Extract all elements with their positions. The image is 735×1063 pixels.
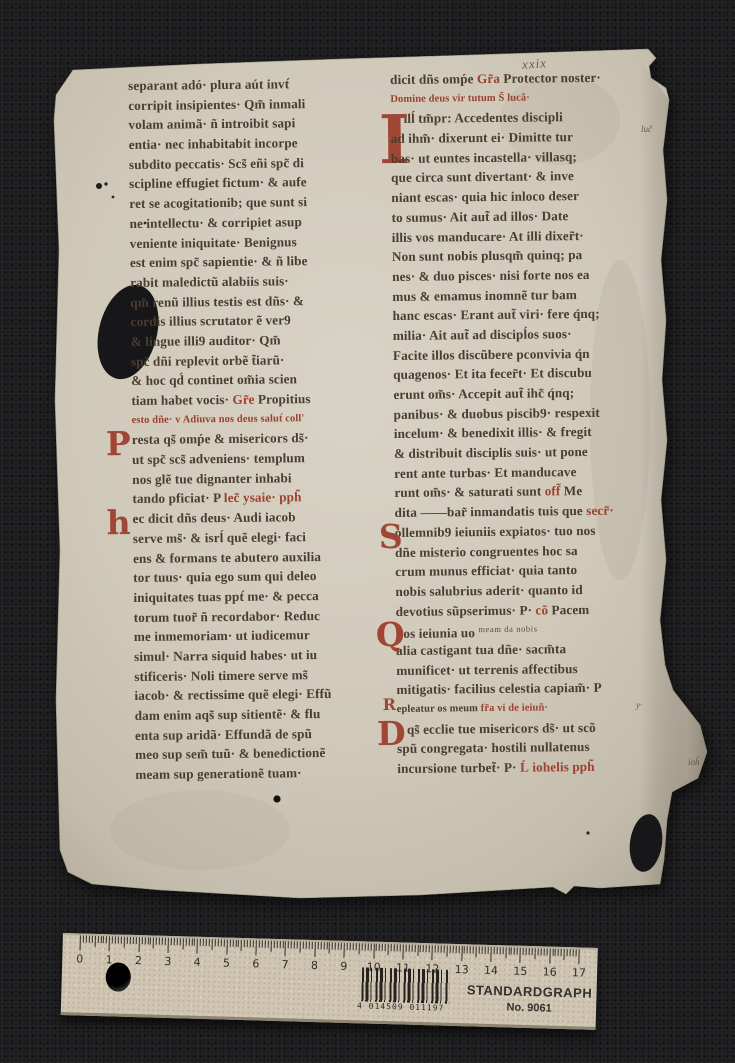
rubricated-initial: P: [106, 427, 131, 460]
ruler-tick: [411, 945, 412, 952]
ruler-tick: [517, 948, 518, 955]
text-segment: enta sup aridã· Effundã de spũ: [135, 726, 312, 743]
text-column-right: dicit dñs omṕe Gr̃a Protector noster·Dom…: [390, 68, 617, 779]
manuscript-line: erunt om̃s· Accepit aut̃ ihc̃ q́nq;: [393, 383, 612, 405]
text-segment: alia castigant tua dñe· sacm̃ta: [396, 641, 566, 658]
text-segment: resta qs̃ omṕe & misericors ds̃·: [132, 431, 309, 448]
ruler-tick: [317, 942, 318, 949]
ruler-tick: [253, 940, 254, 947]
manuscript-line: incelum· & benedixit illis· & fregit: [394, 422, 613, 444]
ruler-tick: [558, 949, 559, 956]
ruler-tick: [267, 941, 268, 948]
ruler-tick: [356, 943, 357, 950]
ruler-tick: [191, 939, 192, 946]
text-segment: Facite illos discũbere pconvivia q́n: [393, 346, 590, 363]
text-segment: spũ congregata· hostili nullatenus: [397, 739, 590, 756]
text-segment: N ilĺ tm̃pr: Accedentes discipli: [390, 110, 562, 127]
ruler-tick: [156, 938, 157, 945]
text-segment: to sumus· Ait aut̃ ad illos· Date: [391, 208, 568, 225]
text-segment: nes· & duo pisces· nisi forte nos ea: [392, 267, 590, 284]
ruler-tick: [147, 937, 148, 944]
ruler-tick: [511, 948, 512, 955]
ruler-tick: [564, 949, 565, 960]
text-segment: cordis illius scrutator ẽ ver9: [130, 313, 290, 330]
text-segment: & hoc qd́ continet om̃ia scien: [131, 372, 297, 389]
ruler-tick: [270, 941, 271, 952]
manuscript-line: ne intellectu· & corripiet asup: [129, 212, 326, 234]
text-segment: entia· nec inhabitabit incorpe: [129, 135, 298, 152]
ruler-tick: [306, 942, 307, 949]
ruler-tick: [514, 948, 515, 955]
manuscript-line: separant adó· plura aút invt́: [128, 74, 325, 96]
ruler-tick: [112, 936, 113, 943]
ruler-tick: [250, 940, 251, 947]
text-segment: torum tuor̃ ñ recordabor· Reduc: [134, 608, 321, 625]
text-segment: a qs̃ ecclie tue misericors ds̃· ut scõ: [397, 720, 596, 737]
text-segment: Protector noster·: [503, 70, 601, 86]
ruler-tick: [578, 949, 579, 964]
ruler-tick: [279, 941, 280, 948]
text-segment: Adiuva nos deus salut́: [183, 413, 286, 425]
ruler-number: 9: [340, 960, 347, 973]
text-segment: off̃: [545, 484, 564, 499]
ruler-tick: [344, 943, 345, 958]
ruler-tick: [561, 949, 562, 956]
ruler-tick: [470, 946, 471, 953]
text-segment: cõ: [535, 602, 551, 617]
ruler-tick: [476, 947, 477, 958]
manuscript-line: runt om̃s· & saturati sunt off̃ Me: [394, 481, 613, 503]
text-segment: volam animã· ñ introibit sapi: [128, 116, 295, 133]
manuscript-line: subdito peccatis· Scs̃ eñi spc̃ di: [129, 153, 326, 175]
ruler-tick: [83, 936, 84, 943]
ruler-tick: [185, 938, 186, 945]
ruler-tick: [555, 949, 556, 956]
text-segment: stificeris· Noli timere serve ms̃: [134, 667, 308, 684]
text-segment: tor tuus· quia ego sum qui deleo: [133, 568, 316, 585]
manuscript-line: mitigatis· facilius celestia capiam̃· P: [396, 678, 615, 700]
ruler-tick: [241, 940, 242, 951]
text-segment: S̃ lucã·: [498, 92, 529, 103]
ruler-tick: [174, 938, 175, 945]
text-segment: separant adó· plura aút invt́: [128, 76, 289, 93]
ruler-tick: [235, 940, 236, 947]
text-segment: ut spc̃ scs̃ adveniens· templum: [132, 450, 305, 467]
ink-dot: [273, 795, 280, 802]
ruler-tick: [332, 943, 333, 950]
ruler-tick: [209, 939, 210, 946]
manuscript-line: to sumus· Ait aut̃ ad illos· Date: [391, 206, 610, 228]
ruler-tick: [493, 947, 494, 954]
ruler-tick: [218, 939, 219, 946]
ruler-tick: [100, 936, 101, 943]
manuscript-line: hanc escas· Erant aut̃ viri· fere q́nq;: [392, 304, 611, 326]
ruler-tick: [417, 945, 418, 956]
text-segment: ens & formans te abutero auxilia: [133, 549, 321, 566]
ruler-tick: [438, 945, 439, 952]
ruler-tick: [347, 943, 348, 950]
manuscript-line: dñe misterio congruentes hoc sa: [395, 540, 614, 562]
ruler-tick: [130, 937, 131, 944]
ruler-tick: [135, 937, 136, 944]
text-segment: fr̃a vi de ieiuñ·: [481, 702, 548, 714]
manuscript-line: alia castigant tua dñe· sacm̃ta: [396, 639, 615, 661]
ruler-tick: [446, 946, 447, 957]
ruler-hanging-hole: [105, 962, 131, 992]
ruler-tick: [534, 948, 535, 959]
text-segment: Gr̃a: [477, 71, 504, 86]
text-segment: Pacem: [551, 602, 589, 617]
manuscript-line: & distribuit disciplis suis· ut pone: [394, 442, 613, 464]
text-segment: epleatur os meum: [397, 703, 481, 715]
ruler-tick: [467, 946, 468, 953]
ruler-tick: [326, 942, 327, 949]
text-segment: scipline effugiet fictum· & aufe: [129, 175, 307, 192]
ruler-tick: [94, 936, 95, 947]
ruler-tick: [109, 936, 110, 951]
ruler-number: 3: [164, 955, 171, 968]
manuscript-line: Da qs̃ ecclie tue misericors ds̃· ut scõ: [397, 717, 616, 739]
ruler-tick: [540, 948, 541, 955]
ruler-number: 5: [223, 956, 230, 969]
ruler-tick: [309, 942, 310, 949]
text-segment: devotius sũpserimus· P·: [396, 602, 536, 618]
text-segment: meo sup sem̃ tuũ· & benedictionẽ: [135, 745, 325, 762]
ruler-tick: [546, 949, 547, 956]
ruler-tick: [329, 942, 330, 953]
ruler: 01234567891011121314151617 4 014509 0111…: [61, 933, 598, 1030]
manuscript-line: & hoc qd́ continet om̃ia scien: [131, 369, 328, 391]
manuscript-line: entia· nec inhabitabit incorpe: [129, 133, 326, 155]
ruler-tick: [482, 947, 483, 954]
ruler-number: 17: [572, 966, 586, 979]
ruler-tick: [350, 943, 351, 950]
text-segment: quagenos· Et ita fecer̃t· Et discubu: [393, 365, 592, 382]
text-segment: simul· Narra siquid habes· ut iu: [134, 647, 317, 664]
manuscript-line: tiam habet vocis· Gr̃e Propitius: [131, 389, 328, 411]
ruler-number: 7: [281, 958, 288, 971]
ruler-tick: [97, 936, 98, 943]
ruler-tick: [458, 946, 459, 953]
ruler-tick: [361, 943, 362, 950]
ruler-tick: [212, 939, 213, 950]
ruler-tick: [400, 944, 401, 951]
text-segment: iacob· & rectissime quẽ elegi· Effũ: [134, 686, 331, 703]
ruler-tick: [215, 939, 216, 946]
text-segment: & lingue illi9 auditor· Qm̃: [131, 332, 281, 349]
ruler-tick: [312, 942, 313, 949]
text-segment: coll': [285, 413, 304, 424]
text-segment: secr̃·: [586, 503, 614, 518]
barcode-digits: 4 014509 011197: [357, 1001, 457, 1013]
ruler-number: 6: [252, 957, 259, 970]
ruler-tick: [435, 945, 436, 952]
text-segment: dicit dñs omṕe: [390, 71, 477, 87]
ruler-tick: [200, 939, 201, 946]
text-segment: lec̃ ysaie· pph̃: [224, 490, 302, 506]
manuscript-line: spũ congregata· hostili nullatenus: [397, 737, 616, 759]
text-segment: Non sunt nobis plusqm̃ quinq; pa: [392, 247, 583, 264]
manuscript-line: esto dñe· v Adiuva nos deus salut́ coll': [132, 409, 329, 431]
text-segment: incursione turbet̃· P·: [397, 760, 520, 776]
ruler-number: 2: [135, 954, 142, 967]
ruler-number: 16: [543, 965, 557, 978]
text-segment: rabit maledictũ alabiis suis·: [130, 273, 289, 290]
ruler-tick: [229, 940, 230, 947]
manuscript-line: nobis salubrius aderit· quanto id: [395, 580, 614, 602]
text-segment: nos glẽ tue dignanter inhabi: [132, 470, 292, 487]
text-segment: munificet· ut terrenis affectibus: [396, 661, 578, 678]
text-segment: esto dñe· v: [132, 414, 183, 426]
text-column-left: separant adó· plura aút invt́corripit in…: [128, 74, 332, 785]
ruler-tick: [426, 945, 427, 952]
text-segment: milia· Ait aut̃ ad discipĺos suos·: [393, 326, 572, 343]
ruler-tick: [197, 939, 198, 954]
ruler-tick: [576, 949, 577, 956]
text-segment: hanc escas· Erant aut̃ viri· fere q́nq;: [392, 306, 599, 323]
manuscript-line: Repleatur os meum fr̃a vi de ieiuñ·: [397, 698, 616, 720]
text-segment: corripit insipientes· Qm̃ inmali: [128, 96, 305, 113]
ruler-tick: [341, 943, 342, 950]
ruler-tick: [168, 938, 169, 953]
ruler-tick: [473, 946, 474, 953]
ruler-tick: [573, 949, 574, 956]
ruler-tick: [567, 949, 568, 956]
ruler-tick: [532, 948, 533, 955]
ruler-tick: [294, 941, 295, 948]
text-segment: qm̃ renũ illius testis est dñs· &: [130, 293, 304, 310]
ruler-tick: [397, 944, 398, 951]
ruler-number: 13: [455, 963, 469, 976]
ruler-tick: [505, 947, 506, 958]
manuscript-line: IN ilĺ tm̃pr: Accedentes discipli: [390, 107, 609, 129]
ruler-tick: [265, 941, 266, 948]
ruler-tick: [133, 937, 134, 944]
ruler-brand: STANDARDGRAPH: [459, 982, 599, 1001]
text-segment: ad ihm̃· dixerunt ei· Dimitte tur: [391, 129, 573, 146]
photo-background: xxix separant adó· plura aút invt́corrip…: [0, 0, 735, 1063]
ruler-tick: [464, 946, 465, 953]
ruler-tick: [115, 936, 116, 943]
ruler-tick: [314, 942, 315, 957]
ruler-tick: [303, 942, 304, 949]
ruler-tick: [159, 938, 160, 945]
manuscript-line: milia· Ait aut̃ ad discipĺos suos·: [393, 324, 612, 346]
text-segment: subdito peccatis· Scs̃ eñi spc̃ di: [129, 155, 304, 172]
ruler-tick: [259, 940, 260, 947]
ruler-tick: [405, 945, 406, 952]
manuscript-line: nos glẽ tue dignanter inhabi: [132, 468, 329, 490]
ruler-tick: [177, 938, 178, 945]
manuscript-line: iniquitates tuas ppt́ me· & pecca: [133, 586, 330, 608]
manuscript-line: me inmemoriam· ut iudicemur: [134, 625, 331, 647]
ruler-tick: [171, 938, 172, 945]
text-segment: incelum· & benedixit illis· & fregit: [394, 424, 592, 441]
ruler-tick: [226, 940, 227, 955]
ruler-tick: [194, 939, 195, 946]
manuscript-line: illis vos manducare· At illi dixer̃t·: [392, 225, 611, 247]
ruler-tick: [394, 944, 395, 951]
ruler-tick: [358, 943, 359, 954]
ruler-tick: [238, 940, 239, 947]
manuscript-line: Presta qs̃ omṕe & misericors ds̃·: [132, 428, 329, 450]
text-segment: veniente iniquitate· Benignus: [130, 234, 297, 251]
manuscript-line: scipline effugiet fictum· & aufe: [129, 172, 326, 194]
text-segment: spc̃ dñi replevit orbẽ t̃iarũ·: [131, 352, 285, 369]
ruler-tick: [444, 946, 445, 953]
ruler-tick: [244, 940, 245, 947]
text-segment: niant escas· quia hic inloco deser: [391, 188, 579, 205]
ruler-tick: [285, 941, 286, 956]
manuscript-line: rent ante turbas· Et manducave: [394, 461, 613, 483]
ruler-tick: [543, 948, 544, 955]
ruler-tick: [499, 947, 500, 954]
ruler-tick: [382, 944, 383, 951]
ruler-tick: [141, 937, 142, 944]
text-segment: ec dicit dñs deus· Audi iacob: [133, 509, 296, 526]
ruler-number: 14: [484, 964, 498, 977]
ruler-tick: [297, 942, 298, 949]
text-segment: meam sup generationẽ tuam·: [135, 765, 301, 782]
text-segment: tiam habet vocis·: [131, 392, 232, 408]
text-segment: mus & emamus inomnẽ tur bam: [392, 287, 577, 304]
text-segment: illis vos manducare· At illi dixer̃t·: [392, 227, 584, 244]
margin-note: ioh̃: [688, 757, 700, 767]
text-segment: panibus· & duobus piscib9· respexit: [394, 405, 600, 422]
manuscript-line: dam enim aqs̃ sup sitientẽ· & flu: [135, 704, 332, 726]
text-segment: est enim spc̃ sapientie· & ñ libe: [130, 253, 308, 270]
ruler-tick: [408, 945, 409, 952]
ruler-tick: [121, 937, 122, 944]
ruler-tick: [80, 935, 81, 950]
rubricated-initial: R: [383, 697, 397, 713]
text-segment: me inmemoriam· ut iudicemur: [134, 627, 310, 644]
manuscript-line: quagenos· Et ita fecer̃t· Et discubu: [393, 363, 612, 385]
ink-dot: [112, 196, 115, 199]
ruler-tick: [570, 949, 571, 956]
ruler-tick: [103, 936, 104, 943]
ruler-tick: [300, 942, 301, 953]
ruler-tick: [391, 944, 392, 951]
manuscript-line: meam sup generationẽ tuam·: [135, 763, 332, 785]
manuscript-line: cordis illius scrutator ẽ ver9: [130, 310, 327, 332]
ruler-tick: [320, 942, 321, 949]
ruler-tick: [86, 936, 87, 943]
ruler-tick: [379, 944, 380, 951]
ruler-tick: [273, 941, 274, 948]
ruler-tick: [124, 937, 125, 948]
ruler-number: 4: [193, 956, 200, 969]
ruler-tick: [247, 940, 248, 947]
manuscript-line: nes· & duo pisces· nisi forte nos ea: [392, 265, 611, 287]
ruler-tick: [232, 940, 233, 947]
text-segment: tando pficiat· P: [132, 490, 224, 506]
ruler-tick: [203, 939, 204, 946]
manuscript-line: iacob· & rectissime quẽ elegi· Effũ: [134, 684, 331, 706]
text-segment: Ĺ iohelis pph̃: [520, 759, 595, 775]
manuscript-line: tando pficiat· P lec̃ ysaie· pph̃: [132, 487, 329, 509]
ruler-tick: [323, 942, 324, 949]
manuscript-line: enta sup aridã· Effundã de spũ: [135, 724, 332, 746]
manuscript-line: incursione turbet̃· P· Ĺ iohelis pph̃: [397, 757, 616, 779]
ruler-tick: [179, 938, 180, 945]
ruler-tick: [479, 947, 480, 954]
manuscript-line: ad ihm̃· dixerunt ei· Dimitte tur: [391, 127, 610, 149]
ruler-tick: [488, 947, 489, 954]
text-segment: ollemnib9 ieiuniis expiatos· tuo nos: [395, 523, 596, 540]
ruler-tick: [523, 948, 524, 955]
ruler-tick: [526, 948, 527, 955]
text-segment: dam enim aqs̃ sup sitientẽ· & flu: [135, 706, 321, 723]
ruler-tick: [461, 946, 462, 961]
manuscript-line: torum tuor̃ ñ recordabor· Reduc: [134, 605, 331, 627]
text-segment: Propitius: [258, 391, 311, 407]
ruler-tick: [402, 944, 403, 959]
manuscript-line: veniente iniquitate· Benignus: [130, 231, 327, 253]
ruler-tick: [223, 939, 224, 946]
manuscript-line: serve ms̃· & isrĺ quẽ elegi· faci: [133, 527, 330, 549]
manuscript-line: volam animã· ñ introibit sapi: [128, 113, 325, 135]
manuscript-line: mus & emamus inomnẽ tur bam: [392, 284, 611, 306]
text-segment: erunt om̃s· Accepit aut̃ ihc̃ q́nq;: [393, 385, 574, 402]
ruler-tick: [291, 941, 292, 948]
ruler-tick: [188, 939, 189, 946]
text-segment: dñe misterio congruentes hoc sa: [395, 543, 578, 560]
ink-dot: [586, 831, 589, 834]
ruler-model: No. 9061: [459, 1000, 599, 1016]
ruler-tick: [485, 947, 486, 954]
margin-note: y·: [636, 700, 642, 710]
ruler-tick: [414, 945, 415, 952]
text-segment: bas· ut euntes incastella· villasq;: [391, 149, 577, 166]
manuscript-line: hec dicit dñs deus· Audi iacob: [133, 507, 330, 529]
text-segment: dita ——bar̃ inmandatis tuis que: [395, 503, 587, 520]
ruler-number: 15: [513, 965, 527, 978]
manuscript-line: Domine deus vir tutum S̃ lucã·: [390, 87, 609, 109]
ruler-tick: [508, 947, 509, 954]
ruler-tick: [262, 941, 263, 948]
ruler-tick: [373, 944, 374, 959]
ruler-tick: [144, 937, 145, 944]
manuscript-line: est enim spc̃ sapientie· & ñ libe: [130, 251, 327, 273]
manuscript-line: Sollemnib9 ieiuniis expiatos· tuo nos: [395, 520, 614, 542]
manuscript-line: Quos ieiunia uo meam da nobis: [396, 619, 615, 641]
manuscript-line: bas· ut euntes incastella· villasq;: [391, 146, 610, 168]
text-segment: mitigatis· facilius celestia capiam̃· P: [396, 680, 601, 697]
manuscript-line: niant escas· quia hic inloco deser: [391, 186, 610, 208]
ruler-tick: [370, 944, 371, 951]
ink-dot: [104, 182, 107, 185]
ruler-tick: [364, 943, 365, 950]
ruler-tick: [496, 947, 497, 954]
ruler-tick: [552, 949, 553, 956]
text-segment: iniquitates tuas ppt́ me· & pecca: [133, 588, 318, 605]
ruler-tick: [367, 944, 368, 951]
ruler-tick: [385, 944, 386, 951]
barcode: [361, 967, 450, 1003]
manuscript-line: stificeris· Noli timere serve ms̃: [134, 665, 331, 687]
ruler-tick: [335, 943, 336, 950]
manuscript-line: simul· Narra siquid habes· ut iu: [134, 645, 331, 667]
text-segment: serve ms̃· & isrĺ quẽ elegi· faci: [133, 529, 306, 546]
manuscript-line: rabit maledictũ alabiis suis·: [130, 271, 327, 293]
ruler-tick: [529, 948, 530, 955]
ruler-tick: [256, 940, 257, 955]
text-segment: crum munus efficiat· quia tanto: [395, 562, 577, 579]
manuscript-line: meo sup sem̃ tuũ· & benedictionẽ: [135, 743, 332, 765]
ruler-tick: [549, 949, 550, 964]
manuscript-line: dita ——bar̃ inmandatis tuis que secr̃·: [395, 501, 614, 523]
